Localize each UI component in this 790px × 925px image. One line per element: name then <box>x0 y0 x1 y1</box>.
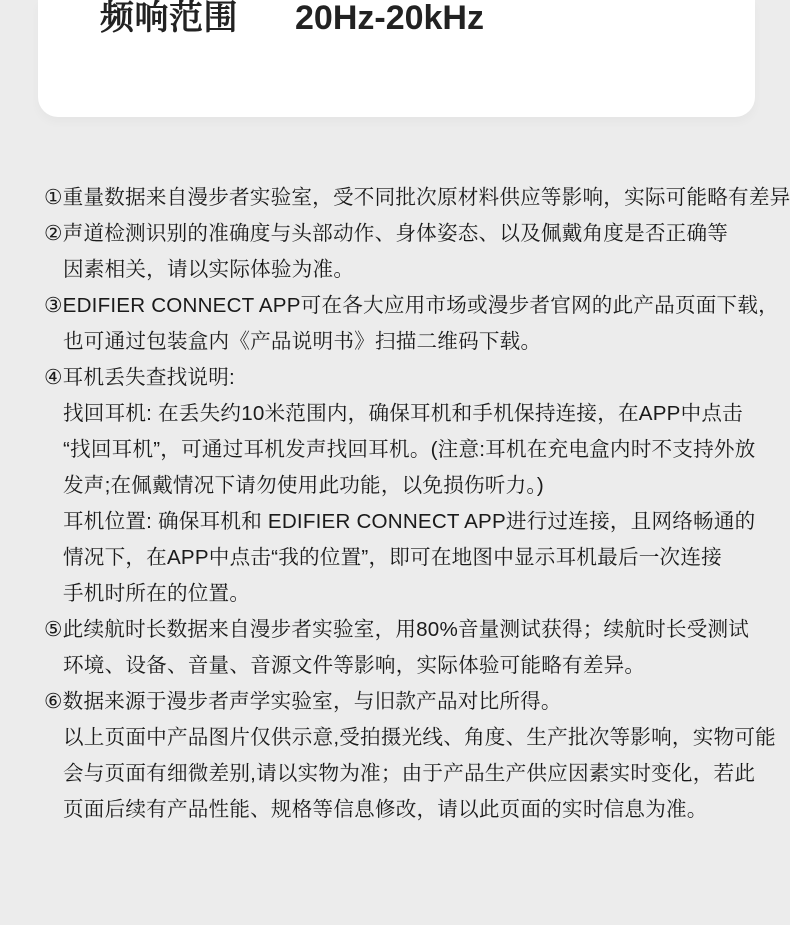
note-line: ⑥数据来源于漫步者声学实验室，与旧款产品对比所得。 <box>44 684 760 720</box>
note-line: ④耳机丢失查找说明: <box>44 360 760 396</box>
note-line: 找回耳机: 在丢失约10米范围内，确保耳机和手机保持连接，在APP中点击 <box>44 396 760 432</box>
note-line: 因素相关，请以实际体验为准。 <box>44 252 760 288</box>
note-line: ③EDIFIER CONNECT APP可在各大应用市场或漫步者官网的此产品页面… <box>44 288 760 324</box>
note-line: 发声;在佩戴情况下请勿使用此功能，以免损伤听力。) <box>44 468 760 504</box>
spec-label: 频响范围 <box>100 1 238 35</box>
note-line: 环境、设备、音量、音源文件等影响，实际体验可能略有差异。 <box>44 648 760 684</box>
note-line: 以上页面中产品图片仅供示意,受拍摄光线、角度、生产批次等影响，实物可能 <box>44 720 760 756</box>
note-line: “找回耳机”，可通过耳机发声找回耳机。(注意:耳机在充电盒内时不支持外放 <box>44 432 760 468</box>
spec-value: 20Hz-20kHz <box>295 1 484 35</box>
note-line: ①重量数据来自漫步者实验室，受不同批次原材料供应等影响，实际可能略有差异。 <box>44 180 760 216</box>
note-line: 手机时所在的位置。 <box>44 576 760 612</box>
spec-row-frequency-response: 频响范围 20Hz-20kHz <box>38 0 755 40</box>
note-line: 情况下，在APP中点击“我的位置”，即可在地图中显示耳机最后一次连接 <box>44 540 760 576</box>
note-line: ⑤此续航时长数据来自漫步者实验室，用80%音量测试获得；续航时长受测试 <box>44 612 760 648</box>
note-line: 耳机位置: 确保耳机和 EDIFIER CONNECT APP进行过连接，且网络… <box>44 504 760 540</box>
spec-card: 频响范围 20Hz-20kHz <box>38 0 755 117</box>
note-line: 也可通过包装盒内《产品说明书》扫描二维码下载。 <box>44 324 760 360</box>
notes-list: ①重量数据来自漫步者实验室，受不同批次原材料供应等影响，实际可能略有差异。②声道… <box>44 180 760 828</box>
note-line: 页面后续有产品性能、规格等信息修改，请以此页面的实时信息为准。 <box>44 792 760 828</box>
note-line: ②声道检测识别的准确度与头部动作、身体姿态、以及佩戴角度是否正确等 <box>44 216 760 252</box>
note-line: 会与页面有细微差别,请以实物为准；由于产品生产供应因素实时变化，若此 <box>44 756 760 792</box>
